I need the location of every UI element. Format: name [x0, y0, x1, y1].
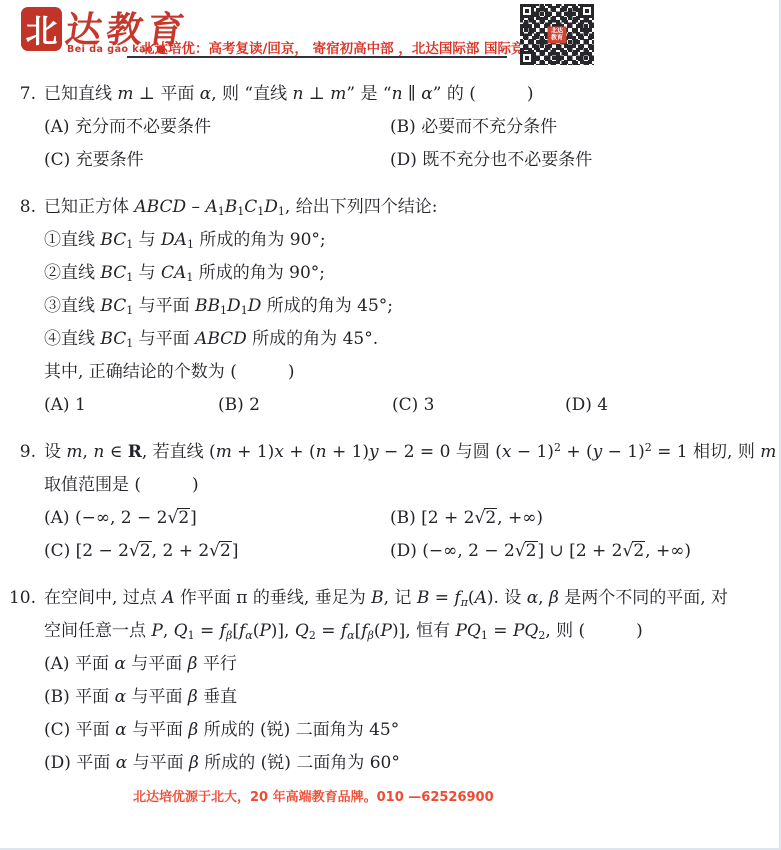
option-c: (C) 平面 α 与平面 β 所成的 (锐) 二面角为 45° [44, 714, 757, 747]
statement-1: ①直线 BC1 与 DA1 所成的角为 90°; [44, 224, 757, 257]
question-8: 8. 已知正方体 ABCD – A1B1C1D1, 给出下列四个结论: ①直线 … [8, 191, 757, 422]
qr-finder-icon [520, 4, 534, 18]
qr-label-line: 教育 [551, 35, 563, 42]
question-stem-line1: 在空间中, 过点 A 作平面 π 的垂线, 垂足为 B, 记 B = fπ(A)… [44, 582, 757, 615]
document-page: 北 达教育 Bei da gao kao ■ 北达培优：高考复读/回京， 寄宿初… [0, 0, 781, 850]
question-stem: 已知正方体 ABCD – A1B1C1D1, 给出下列四个结论: [44, 191, 757, 224]
options-grid: (A) (−∞, 2 − 2√2] (B) [2 + 2√2, +∞) (C) … [44, 502, 757, 568]
option-a: (A) 充分而不必要条件 [44, 111, 390, 144]
question-closing: 其中, 正确结论的个数为 ( ) [44, 356, 757, 389]
option-c: (C) 3 [392, 389, 565, 422]
qr-finder-icon [580, 4, 594, 18]
option-b: (B) 2 [218, 389, 392, 422]
header-divider [127, 56, 507, 58]
option-d: (D) (−∞, 2 − 2√2] ∪ [2 + 2√2, +∞) [390, 535, 757, 568]
statement-4: ④直线 BC1 与平面 ABCD 所成的角为 45°. [44, 323, 757, 356]
option-c: (C) [2 − 2√2, 2 + 2√2] [44, 535, 390, 568]
option-b: (B) 必要而不充分条件 [390, 111, 757, 144]
question-9: 9. 设 m, n ∈ R, 若直线 (m + 1)x + (n + 1)y −… [8, 436, 757, 568]
options-grid: (A) 充分而不必要条件 (B) 必要而不充分条件 (C) 充要条件 (D) 既… [44, 111, 757, 177]
question-7: 7. 已知直线 m ⊥ 平面 α, 则 “直线 n ⊥ m” 是 “n ∥ α”… [8, 78, 757, 177]
question-10: 10. 在空间中, 过点 A 作平面 π 的垂线, 垂足为 B, 记 B = f… [8, 582, 757, 780]
option-d: (D) 既不充分也不必要条件 [390, 144, 757, 177]
option-b: (B) [2 + 2√2, +∞) [390, 502, 757, 535]
question-stem: 已知直线 m ⊥ 平面 α, 则 “直线 n ⊥ m” 是 “n ∥ α” 的 … [44, 78, 757, 111]
brand-seal-icon: 北 [21, 7, 62, 51]
option-b: (B) 平面 α 与平面 β 垂直 [44, 681, 757, 714]
option-a: (A) (−∞, 2 − 2√2] [44, 502, 390, 535]
question-number: 8. [8, 191, 36, 422]
options-grid: (A) 1 (B) 2 (C) 3 (D) 4 [44, 389, 757, 422]
question-stem-line1: 设 m, n ∈ R, 若直线 (m + 1)x + (n + 1)y − 2 … [44, 436, 757, 469]
question-number: 9. [8, 436, 36, 568]
option-d: (D) 4 [565, 389, 757, 422]
option-d: (D) 平面 α 与平面 β 所成的 (锐) 二面角为 60° [44, 747, 757, 780]
question-stem-line2: 空间任意一点 P, Q1 = fβ[fα(P)], Q2 = fα[fβ(P)]… [44, 615, 757, 648]
option-c: (C) 充要条件 [44, 144, 390, 177]
footer-slogan: 北达培优源于北大，20 年高端教育品牌。010 —62526900 [133, 786, 494, 805]
qr-center-label: 北达 教育 [548, 26, 567, 43]
question-number: 7. [8, 78, 36, 177]
page-header: 北 达教育 Bei da gao kao ■ 北达培优：高考复读/回京， 寄宿初… [0, 0, 781, 70]
qr-label-line: 北达 [551, 28, 563, 35]
questions-area: 7. 已知直线 m ⊥ 平面 α, 则 “直线 n ⊥ m” 是 “n ∥ α”… [0, 70, 781, 780]
header-tagline: 北达培优：高考复读/回京， 寄宿初高中部 ，北达国际部 国际竞赛部 [141, 37, 552, 57]
statement-2: ②直线 BC1 与 CA1 所成的角为 90°; [44, 257, 757, 290]
question-number: 10. [8, 582, 36, 780]
qr-finder-icon [520, 51, 534, 65]
qr-code: 北达 教育 [520, 4, 594, 65]
statement-3: ③直线 BC1 与平面 BB1D1D 所成的角为 45°; [44, 290, 757, 323]
question-stem-line2: 取值范围是 ( ) [44, 469, 757, 502]
option-a: (A) 平面 α 与平面 β 平行 [44, 648, 757, 681]
option-a: (A) 1 [44, 389, 218, 422]
seal-character: 北 [25, 6, 57, 52]
